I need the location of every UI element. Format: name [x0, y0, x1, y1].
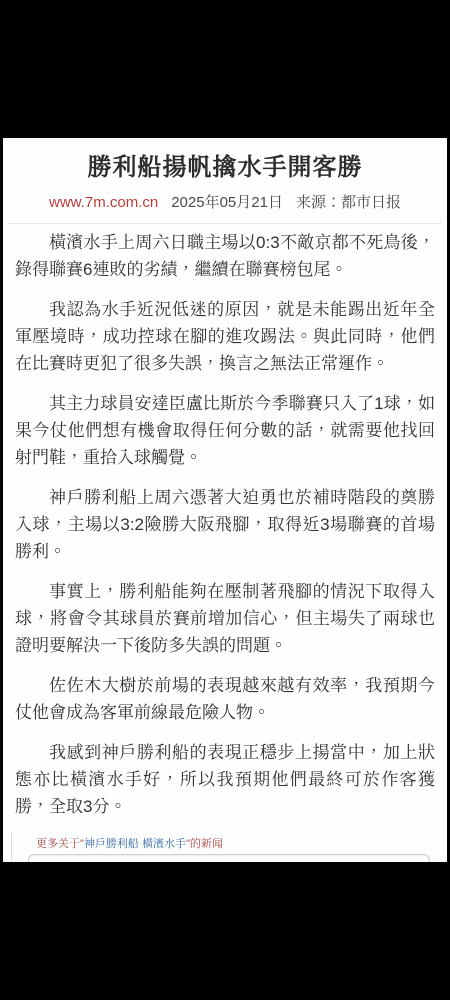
page-title: 勝利船揚帆擒水手開客勝 — [13, 152, 437, 184]
screen: 勝利船揚帆擒水手開客勝 www.7m.com.cn 2025年05月21日 来源… — [0, 0, 450, 1000]
more-news-team2: 橫濱水手 — [142, 838, 186, 850]
article-paragraph: 佐佐木大樹於前場的表現越來越有效率，我預期今仗他會成為客軍前線最危險人物。 — [15, 672, 435, 726]
article-source: 来源：都市日报 — [296, 191, 401, 212]
site-link[interactable]: www.7m.com.cn — [49, 194, 158, 211]
more-news-link[interactable]: 更多关于"神戶勝利船 橫濱水手"的新闻 — [36, 838, 223, 850]
more-news-prefix: 更多关于" — [36, 838, 84, 850]
article-body: 橫濱水手上周六日職主場以0:3不敵京都不死鳥後，錄得聯賽6連敗的劣績，繼續在聯賽… — [3, 224, 447, 820]
clipped-bottom-element — [28, 854, 430, 862]
article-paragraph: 事實上，勝利船能夠在壓制著飛腳的情況下取得入球，將會令其球員於賽前增加信心，但主… — [15, 578, 435, 659]
article-paragraph: 神戶勝利船上周六憑著大迫勇也於補時階段的奠勝入球，主場以3:2險勝大阪飛腳，取得… — [15, 484, 435, 565]
article-paragraph: 我感到神戶勝利船的表現正穩步上揚當中，加上狀態亦比橫濱水手好，所以我預期他們最終… — [15, 739, 435, 820]
article-card: 勝利船揚帆擒水手開客勝 www.7m.com.cn 2025年05月21日 来源… — [3, 138, 447, 862]
more-news-suffix: "的新闻 — [186, 838, 223, 850]
article-paragraph: 其主力球員安達臣盧比斯於今季聯賽只入了1球，如果今仗他們想有機會取得任何分數的話… — [15, 390, 435, 471]
article-paragraph: 橫濱水手上周六日職主場以0:3不敵京都不死鳥後，錄得聯賽6連敗的劣績，繼續在聯賽… — [15, 229, 435, 283]
article-paragraph: 我認為水手近況低迷的原因，就是未能踢出近年全軍壓境時，成功控球在腳的進攻踢法。與… — [15, 296, 435, 377]
more-news-team1: 神戶勝利船 — [84, 838, 139, 850]
article-meta: www.7m.com.cn 2025年05月21日 来源：都市日报 — [3, 191, 447, 212]
article-date: 2025年05月21日 — [171, 191, 283, 212]
